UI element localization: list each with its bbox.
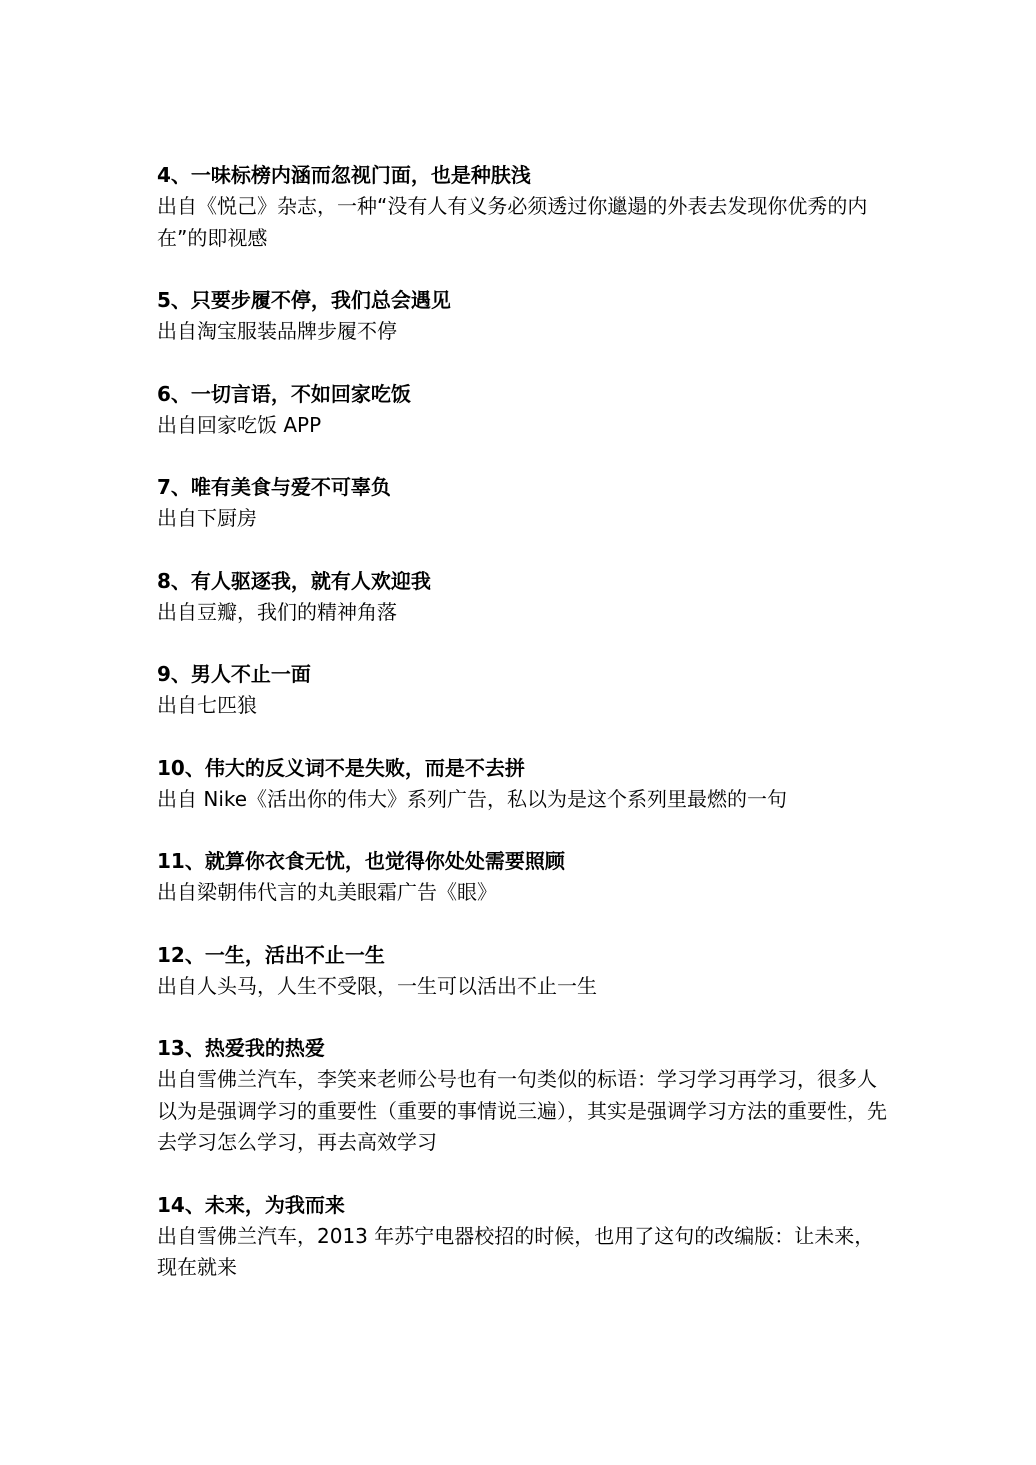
slogan-entry-10: 10、伟大的反义词不是失败，而是不去拼 出自 Nike《活出你的伟大》系列广告，…	[157, 753, 887, 816]
slogan-entry-7: 7、唯有美食与爱不可辜负 出自下厨房	[157, 472, 887, 535]
spacer	[157, 1002, 887, 1033]
slogan-source: 出自下厨房	[157, 503, 887, 535]
slogan-title: 14、未来，为我而来	[157, 1190, 887, 1221]
slogan-entry-5: 5、只要步履不停，我们总会遇见 出自淘宝服装品牌步履不停	[157, 285, 887, 348]
spacer	[157, 348, 887, 379]
spacer	[157, 628, 887, 659]
slogan-entry-12: 12、一生，活出不止一生 出自人头马，人生不受限，一生可以活出不止一生	[157, 940, 887, 1003]
spacer	[157, 441, 887, 472]
document-page: 4、一味标榜内涵而忽视门面，也是种肤浅 出自《悦己》杂志，一种“没有人有义务必须…	[157, 160, 887, 1284]
spacer	[157, 909, 887, 940]
slogan-title: 8、有人驱逐我，就有人欢迎我	[157, 566, 887, 597]
slogan-title: 5、只要步履不停，我们总会遇见	[157, 285, 887, 316]
slogan-source: 出自人头马，人生不受限，一生可以活出不止一生	[157, 971, 887, 1003]
slogan-source: 出自 Nike《活出你的伟大》系列广告，私以为是这个系列里最燃的一句	[157, 784, 887, 816]
slogan-source: 出自雪佛兰汽车，2013 年苏宁电器校招的时候，也用了这句的改编版：让未来，现在…	[157, 1221, 887, 1284]
slogan-source: 出自梁朝伟代言的丸美眼霜广告《眼》	[157, 877, 887, 909]
slogan-entry-6: 6、一切言语，不如回家吃饭 出自回家吃饭 APP	[157, 379, 887, 442]
slogan-entry-11: 11、就算你衣食无忧，也觉得你处处需要照顾 出自梁朝伟代言的丸美眼霜广告《眼》	[157, 846, 887, 909]
slogan-title: 11、就算你衣食无忧，也觉得你处处需要照顾	[157, 846, 887, 877]
spacer	[157, 1159, 887, 1190]
slogan-entry-9: 9、男人不止一面 出自七匹狼	[157, 659, 887, 722]
slogan-title: 7、唯有美食与爱不可辜负	[157, 472, 887, 503]
slogan-source: 出自淘宝服装品牌步履不停	[157, 316, 887, 348]
spacer	[157, 722, 887, 753]
slogan-source: 出自雪佛兰汽车，李笑来老师公号也有一句类似的标语：学习学习再学习，很多人以为是强…	[157, 1064, 887, 1159]
slogan-title: 13、热爱我的热爱	[157, 1033, 887, 1064]
slogan-title: 4、一味标榜内涵而忽视门面，也是种肤浅	[157, 160, 887, 191]
slogan-source: 出自《悦己》杂志，一种“没有人有义务必须透过你邋遢的外表去发现你优秀的内在”的即…	[157, 191, 887, 254]
slogan-entry-8: 8、有人驱逐我，就有人欢迎我 出自豆瓣，我们的精神角落	[157, 566, 887, 629]
slogan-entry-13: 13、热爱我的热爱 出自雪佛兰汽车，李笑来老师公号也有一句类似的标语：学习学习再…	[157, 1033, 887, 1159]
slogan-source: 出自豆瓣，我们的精神角落	[157, 597, 887, 629]
slogan-entry-14: 14、未来，为我而来 出自雪佛兰汽车，2013 年苏宁电器校招的时候，也用了这句…	[157, 1190, 887, 1284]
slogan-title: 10、伟大的反义词不是失败，而是不去拼	[157, 753, 887, 784]
slogan-source: 出自回家吃饭 APP	[157, 410, 887, 442]
spacer	[157, 254, 887, 285]
slogan-title: 12、一生，活出不止一生	[157, 940, 887, 971]
spacer	[157, 815, 887, 846]
spacer	[157, 535, 887, 566]
slogan-entry-4: 4、一味标榜内涵而忽视门面，也是种肤浅 出自《悦己》杂志，一种“没有人有义务必须…	[157, 160, 887, 254]
slogan-title: 9、男人不止一面	[157, 659, 887, 690]
slogan-source: 出自七匹狼	[157, 690, 887, 722]
slogan-title: 6、一切言语，不如回家吃饭	[157, 379, 887, 410]
